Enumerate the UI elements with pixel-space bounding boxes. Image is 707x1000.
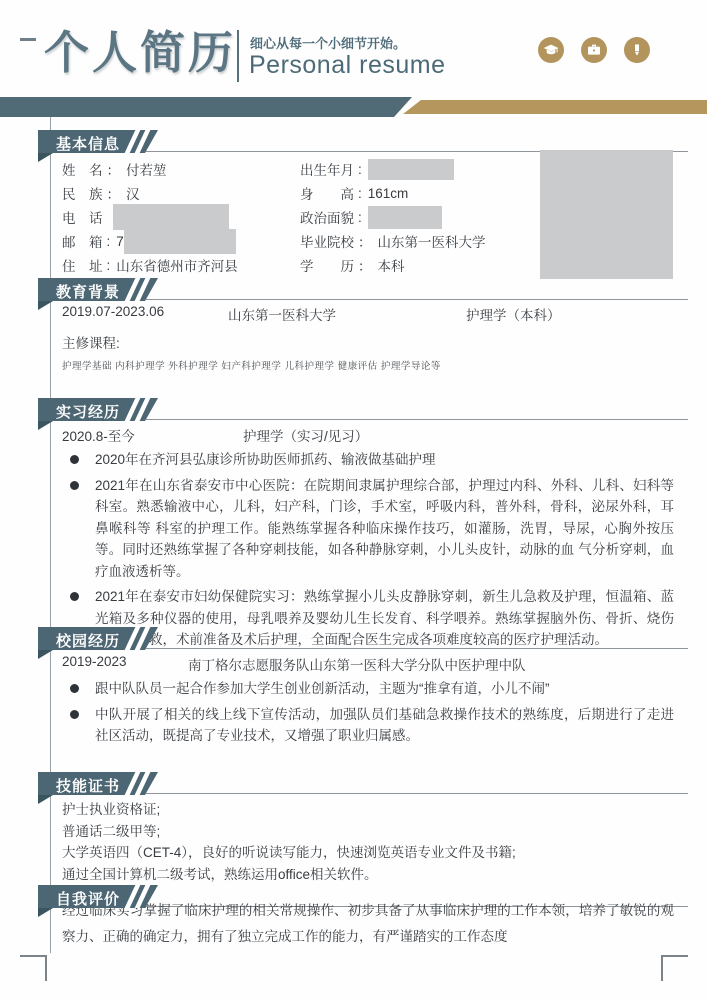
subtitle: Personal resume bbox=[249, 51, 445, 80]
bullet-dot-icon bbox=[70, 684, 79, 693]
briefcase-icon bbox=[581, 37, 607, 63]
courses-list: 护理学基础 内科护理学 外科护理学 妇产科护理学 儿科护理学 健康评估 护理学导… bbox=[62, 358, 674, 372]
basic-info-left-column: 姓 名：付若堃 民 族：汉 电 话 邮 箱:7 住 址:山东省德州市齐河县 bbox=[62, 157, 297, 277]
tagline: 细心从每一个小细节开始。 bbox=[250, 33, 406, 52]
section-banner-internship: 实习经历 bbox=[38, 398, 158, 421]
section-rule bbox=[146, 419, 688, 420]
campus-row: 2019-2023 南丁格尔志愿服务队山东第一医科大学分队中医护理中队 bbox=[62, 654, 674, 674]
section-banner-campus: 校园经历 bbox=[38, 627, 158, 650]
corner-mark-bottom-right bbox=[661, 955, 688, 957]
banner-fold bbox=[38, 421, 53, 430]
section-banner-self-evaluation: 自我评价 bbox=[38, 885, 158, 908]
corner-mark-bottom-left bbox=[20, 955, 47, 957]
banner-fold bbox=[38, 301, 53, 310]
campus-content: 2019-2023 南丁格尔志愿服务队山东第一医科大学分队中医护理中队 跟中队队… bbox=[62, 654, 674, 747]
internship-bullet: 2021年在山东省泰安市中心医院：在院期间隶属护理综合部，护理过内科、外科、儿科… bbox=[62, 475, 674, 583]
bullet-dot-icon bbox=[70, 481, 79, 490]
section-banner-education: 教育背景 bbox=[38, 278, 158, 301]
skill-item: 大学英语四（CET-4），良好的听说读写能力，快速浏览英语专业文件及书籍; bbox=[62, 842, 674, 864]
banner-fold bbox=[38, 795, 53, 804]
internship-period: 2020.8-至今 bbox=[62, 425, 243, 445]
section-rule bbox=[146, 299, 688, 300]
campus-period: 2019-2023 bbox=[62, 654, 188, 674]
section-banner-skills: 技能证书 bbox=[38, 772, 158, 795]
internship-row: 2020.8-至今 护理学（实习/见习） bbox=[62, 425, 674, 445]
section-title: 基本信息 bbox=[56, 133, 120, 154]
section-title: 教育背景 bbox=[56, 281, 120, 302]
field-birth: 出生年月: bbox=[300, 157, 535, 181]
internship-content: 2020.8-至今 护理学（实习/见习） 2020年在齐河县弘康诊所协助医师抓药… bbox=[62, 425, 674, 651]
title-divider bbox=[237, 30, 239, 82]
corner-mark-bottom-right bbox=[661, 955, 663, 981]
corner-mark-bottom-left bbox=[45, 955, 47, 981]
bullet-dot-icon bbox=[70, 592, 79, 601]
field-graduate-school: 毕业院校：山东第一医科大学 bbox=[300, 229, 535, 253]
internship-bullet: 2020年在齐河县弘康诊所协助医师抓药、输液做基础护理 bbox=[62, 449, 674, 471]
courses-label: 主修课程: bbox=[62, 332, 674, 352]
redacted-political-status bbox=[368, 206, 442, 229]
banner-fold bbox=[38, 650, 53, 659]
skill-item: 普通话二级甲等; bbox=[62, 821, 674, 843]
field-ethnicity: 民 族：汉 bbox=[62, 181, 297, 205]
education-school: 山东第一医科大学 bbox=[228, 304, 466, 324]
field-email: 邮 箱:7 bbox=[62, 229, 297, 253]
section-title: 校园经历 bbox=[56, 630, 120, 651]
redacted-email bbox=[124, 229, 236, 254]
pencil-icon bbox=[624, 37, 650, 63]
skills-content: 护士执业资格证; 普通话二级甲等; 大学英语四（CET-4），良好的听说读写能力… bbox=[62, 799, 674, 885]
evaluation-content: 经过临床实习掌握了临床护理的相关常规操作、初步具备了从事临床护理的工作本领，培养… bbox=[62, 898, 674, 950]
section-title: 实习经历 bbox=[56, 401, 120, 422]
field-address: 住 址:山东省德州市齐河县 bbox=[62, 253, 297, 277]
corner-mark-top-left bbox=[20, 38, 36, 41]
campus-org: 南丁格尔志愿服务队山东第一医科大学分队中医护理中队 bbox=[188, 654, 526, 674]
photo-placeholder bbox=[540, 150, 673, 279]
resume-page: 个人简历 细心从每一个小细节开始。 Personal resume 基本信息 姓… bbox=[0, 0, 707, 1000]
bullet-dot-icon bbox=[70, 710, 79, 719]
bullet-dot-icon bbox=[70, 455, 79, 464]
skill-item: 护士执业资格证; bbox=[62, 799, 674, 821]
education-period: 2019.07-2023.06 bbox=[62, 304, 228, 324]
education-major: 护理学（本科） bbox=[466, 304, 561, 324]
section-title: 技能证书 bbox=[56, 775, 120, 796]
field-phone: 电 话 bbox=[62, 205, 297, 229]
evaluation-text: 经过临床实习掌握了临床护理的相关常规操作、初步具备了从事临床护理的工作本领，培养… bbox=[62, 898, 674, 950]
field-political-status: 政治面貌: bbox=[300, 205, 535, 229]
gold-divider-bar bbox=[403, 100, 707, 114]
field-degree: 学 历：本科 bbox=[300, 253, 535, 277]
section-rule bbox=[146, 648, 688, 649]
campus-bullet: 跟中队队员一起合作参加大学生创业创新活动，主题为“推拿有道，小儿不闹” bbox=[62, 678, 674, 700]
skill-item: 通过全国计算机二级考试，熟练运用office相关软件。 bbox=[62, 864, 674, 886]
section-rule bbox=[146, 793, 688, 794]
section-title: 自我评价 bbox=[56, 888, 120, 909]
banner-fold bbox=[38, 908, 53, 917]
education-content: 2019.07-2023.06 山东第一医科大学 护理学（本科） 主修课程: 护… bbox=[62, 304, 674, 372]
campus-bullet: 中队开展了相关的线上线下宣传活动，加强队员们基础急救操作技术的熟练度，后期进行了… bbox=[62, 704, 674, 747]
section-banner-basic-info: 基本信息 bbox=[38, 130, 158, 153]
redacted-phone bbox=[113, 204, 229, 230]
basic-info-right-column: 出生年月: 身 高:161cm 政治面貌: 毕业院校：山东第一医科大学 学 历：… bbox=[300, 157, 535, 277]
field-name: 姓 名：付若堃 bbox=[62, 157, 297, 181]
banner-fold bbox=[38, 153, 53, 162]
left-vertical-line bbox=[50, 117, 51, 953]
teal-divider-bar bbox=[0, 97, 412, 117]
internship-bullet: 2021年在泰安市妇幼保健院实习：熟练掌握小儿头皮静脉穿刺，新生儿急救及护理，恒… bbox=[62, 586, 674, 651]
internship-role: 护理学（实习/见习） bbox=[243, 425, 368, 445]
field-height: 身 高:161cm bbox=[300, 181, 535, 205]
graduation-cap-icon bbox=[538, 37, 564, 63]
page-title: 个人简历 bbox=[44, 16, 236, 81]
redacted-birth-date bbox=[368, 159, 454, 180]
education-row: 2019.07-2023.06 山东第一医科大学 护理学（本科） bbox=[62, 304, 674, 324]
